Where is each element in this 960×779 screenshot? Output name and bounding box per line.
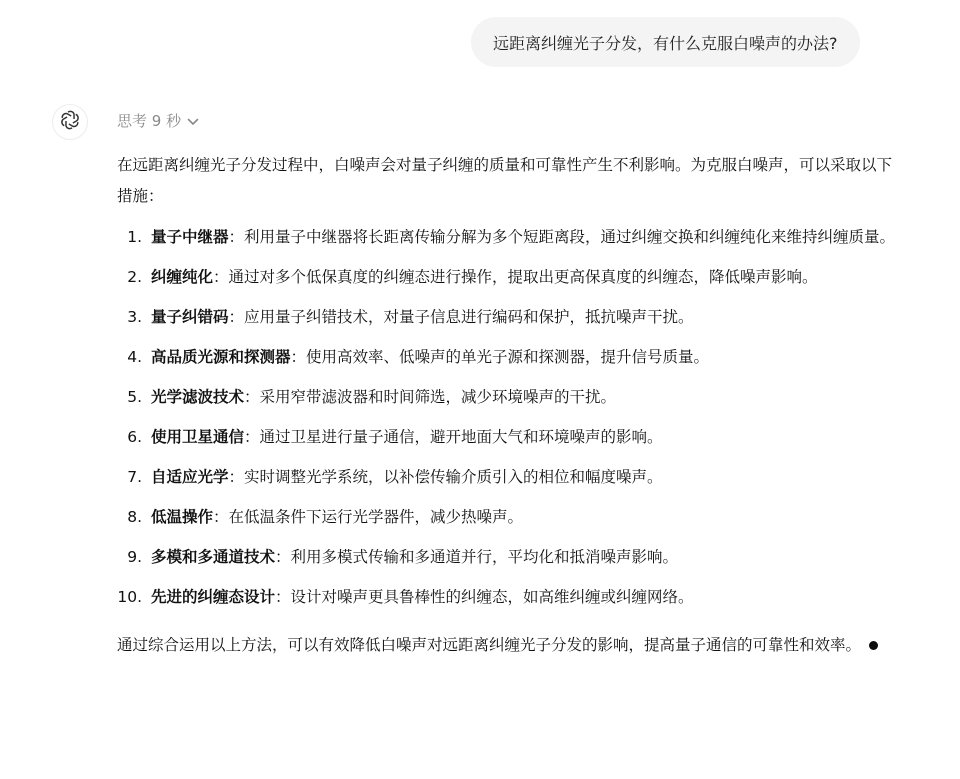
- item-text: ：利用量子中继器将长距离传输分解为多个短距离段，通过纠缠交换和纠缠纯化来维持纠缠…: [229, 228, 896, 246]
- item-number: 6.: [117, 422, 142, 453]
- assistant-avatar: [52, 104, 88, 140]
- item-text: ：实时调整光学系统，以补偿传输介质引入的相位和幅度噪声。: [229, 468, 663, 486]
- list-item: 1.量子中继器：利用量子中继器将长距离传输分解为多个短距离段，通过纠缠交换和纠缠…: [117, 222, 907, 253]
- conclusion-text: 通过综合运用以上方法，可以有效降低白噪声对远距离纠缠光子分发的影响，提高量子通信…: [117, 636, 861, 654]
- assistant-response: 在远距离纠缠光子分发过程中，白噪声会对量子纠缠的质量和可靠性产生不利影响。为克服…: [117, 150, 907, 661]
- list-item: 4.高品质光源和探测器：使用高效率、低噪声的单光子源和探测器，提升信号质量。: [117, 342, 907, 373]
- openai-logo-icon: [59, 109, 81, 135]
- item-title: 量子纠错码: [151, 308, 229, 326]
- item-title: 高品质光源和探测器: [151, 348, 291, 366]
- item-text: ：采用窄带滤波器和时间筛选，减少环境噪声的干扰。: [244, 388, 616, 406]
- item-number: 10.: [117, 582, 142, 613]
- item-text: ：在低温条件下运行光学器件，减少热噪声。: [213, 508, 523, 526]
- item-title: 先进的纠缠态设计: [151, 588, 275, 606]
- item-number: 3.: [117, 302, 142, 333]
- item-number: 8.: [117, 502, 142, 533]
- list-item: 5.光学滤波技术：采用窄带滤波器和时间筛选，减少环境噪声的干扰。: [117, 382, 907, 413]
- item-number: 4.: [117, 342, 142, 373]
- item-number: 2.: [117, 262, 142, 293]
- item-text: ：设计对噪声更具鲁棒性的纠缠态，如高维纠缠或纠缠网络。: [275, 588, 694, 606]
- streaming-cursor-icon: [869, 641, 878, 650]
- item-title: 量子中继器: [151, 228, 229, 246]
- list-item: 7.自适应光学：实时调整光学系统，以补偿传输介质引入的相位和幅度噪声。: [117, 462, 907, 493]
- list-item: 10.先进的纠缠态设计：设计对噪声更具鲁棒性的纠缠态，如高维纠缠或纠缠网络。: [117, 582, 907, 613]
- item-number: 1.: [117, 222, 142, 253]
- list-item: 6.使用卫星通信：通过卫星进行量子通信，避开地面大气和环境噪声的影响。: [117, 422, 907, 453]
- item-text: ：通过对多个低保真度的纠缠态进行操作，提取出更高保真度的纠缠态，降低噪声影响。: [213, 268, 818, 286]
- item-title: 使用卫星通信: [151, 428, 244, 446]
- intro-paragraph: 在远距离纠缠光子分发过程中，白噪声会对量子纠缠的质量和可靠性产生不利影响。为克服…: [117, 150, 907, 212]
- item-text: ：通过卫星进行量子通信，避开地面大气和环境噪声的影响。: [244, 428, 663, 446]
- chevron-down-icon: [187, 112, 199, 130]
- list-item: 8.低温操作：在低温条件下运行光学器件，减少热噪声。: [117, 502, 907, 533]
- item-title: 纠缠纯化: [151, 268, 213, 286]
- item-text: ：应用量子纠错技术，对量子信息进行编码和保护，抵抗噪声干扰。: [229, 308, 694, 326]
- item-title: 多模和多通道技术: [151, 548, 275, 566]
- item-text: ：使用高效率、低噪声的单光子源和探测器，提升信号质量。: [291, 348, 710, 366]
- user-message-text: 远距离纠缠光子分发，有什么克服白噪声的办法?: [493, 31, 838, 54]
- user-message-bubble: 远距离纠缠光子分发，有什么克服白噪声的办法?: [471, 17, 860, 67]
- measures-list: 1.量子中继器：利用量子中继器将长距离传输分解为多个短距离段，通过纠缠交换和纠缠…: [117, 222, 907, 613]
- item-title: 自适应光学: [151, 468, 229, 486]
- thinking-toggle[interactable]: 思考 9 秒: [117, 110, 199, 131]
- item-number: 5.: [117, 382, 142, 413]
- item-number: 9.: [117, 542, 142, 573]
- list-item: 3.量子纠错码：应用量子纠错技术，对量子信息进行编码和保护，抵抗噪声干扰。: [117, 302, 907, 333]
- list-item: 2.纠缠纯化：通过对多个低保真度的纠缠态进行操作，提取出更高保真度的纠缠态，降低…: [117, 262, 907, 293]
- conclusion-paragraph: 通过综合运用以上方法，可以有效降低白噪声对远距离纠缠光子分发的影响，提高量子通信…: [117, 630, 907, 661]
- thinking-label: 思考 9 秒: [117, 110, 181, 131]
- item-number: 7.: [117, 462, 142, 493]
- item-title: 光学滤波技术: [151, 388, 244, 406]
- item-text: ：利用多模式传输和多通道并行，平均化和抵消噪声影响。: [275, 548, 678, 566]
- list-item: 9.多模和多通道技术：利用多模式传输和多通道并行，平均化和抵消噪声影响。: [117, 542, 907, 573]
- item-title: 低温操作: [151, 508, 213, 526]
